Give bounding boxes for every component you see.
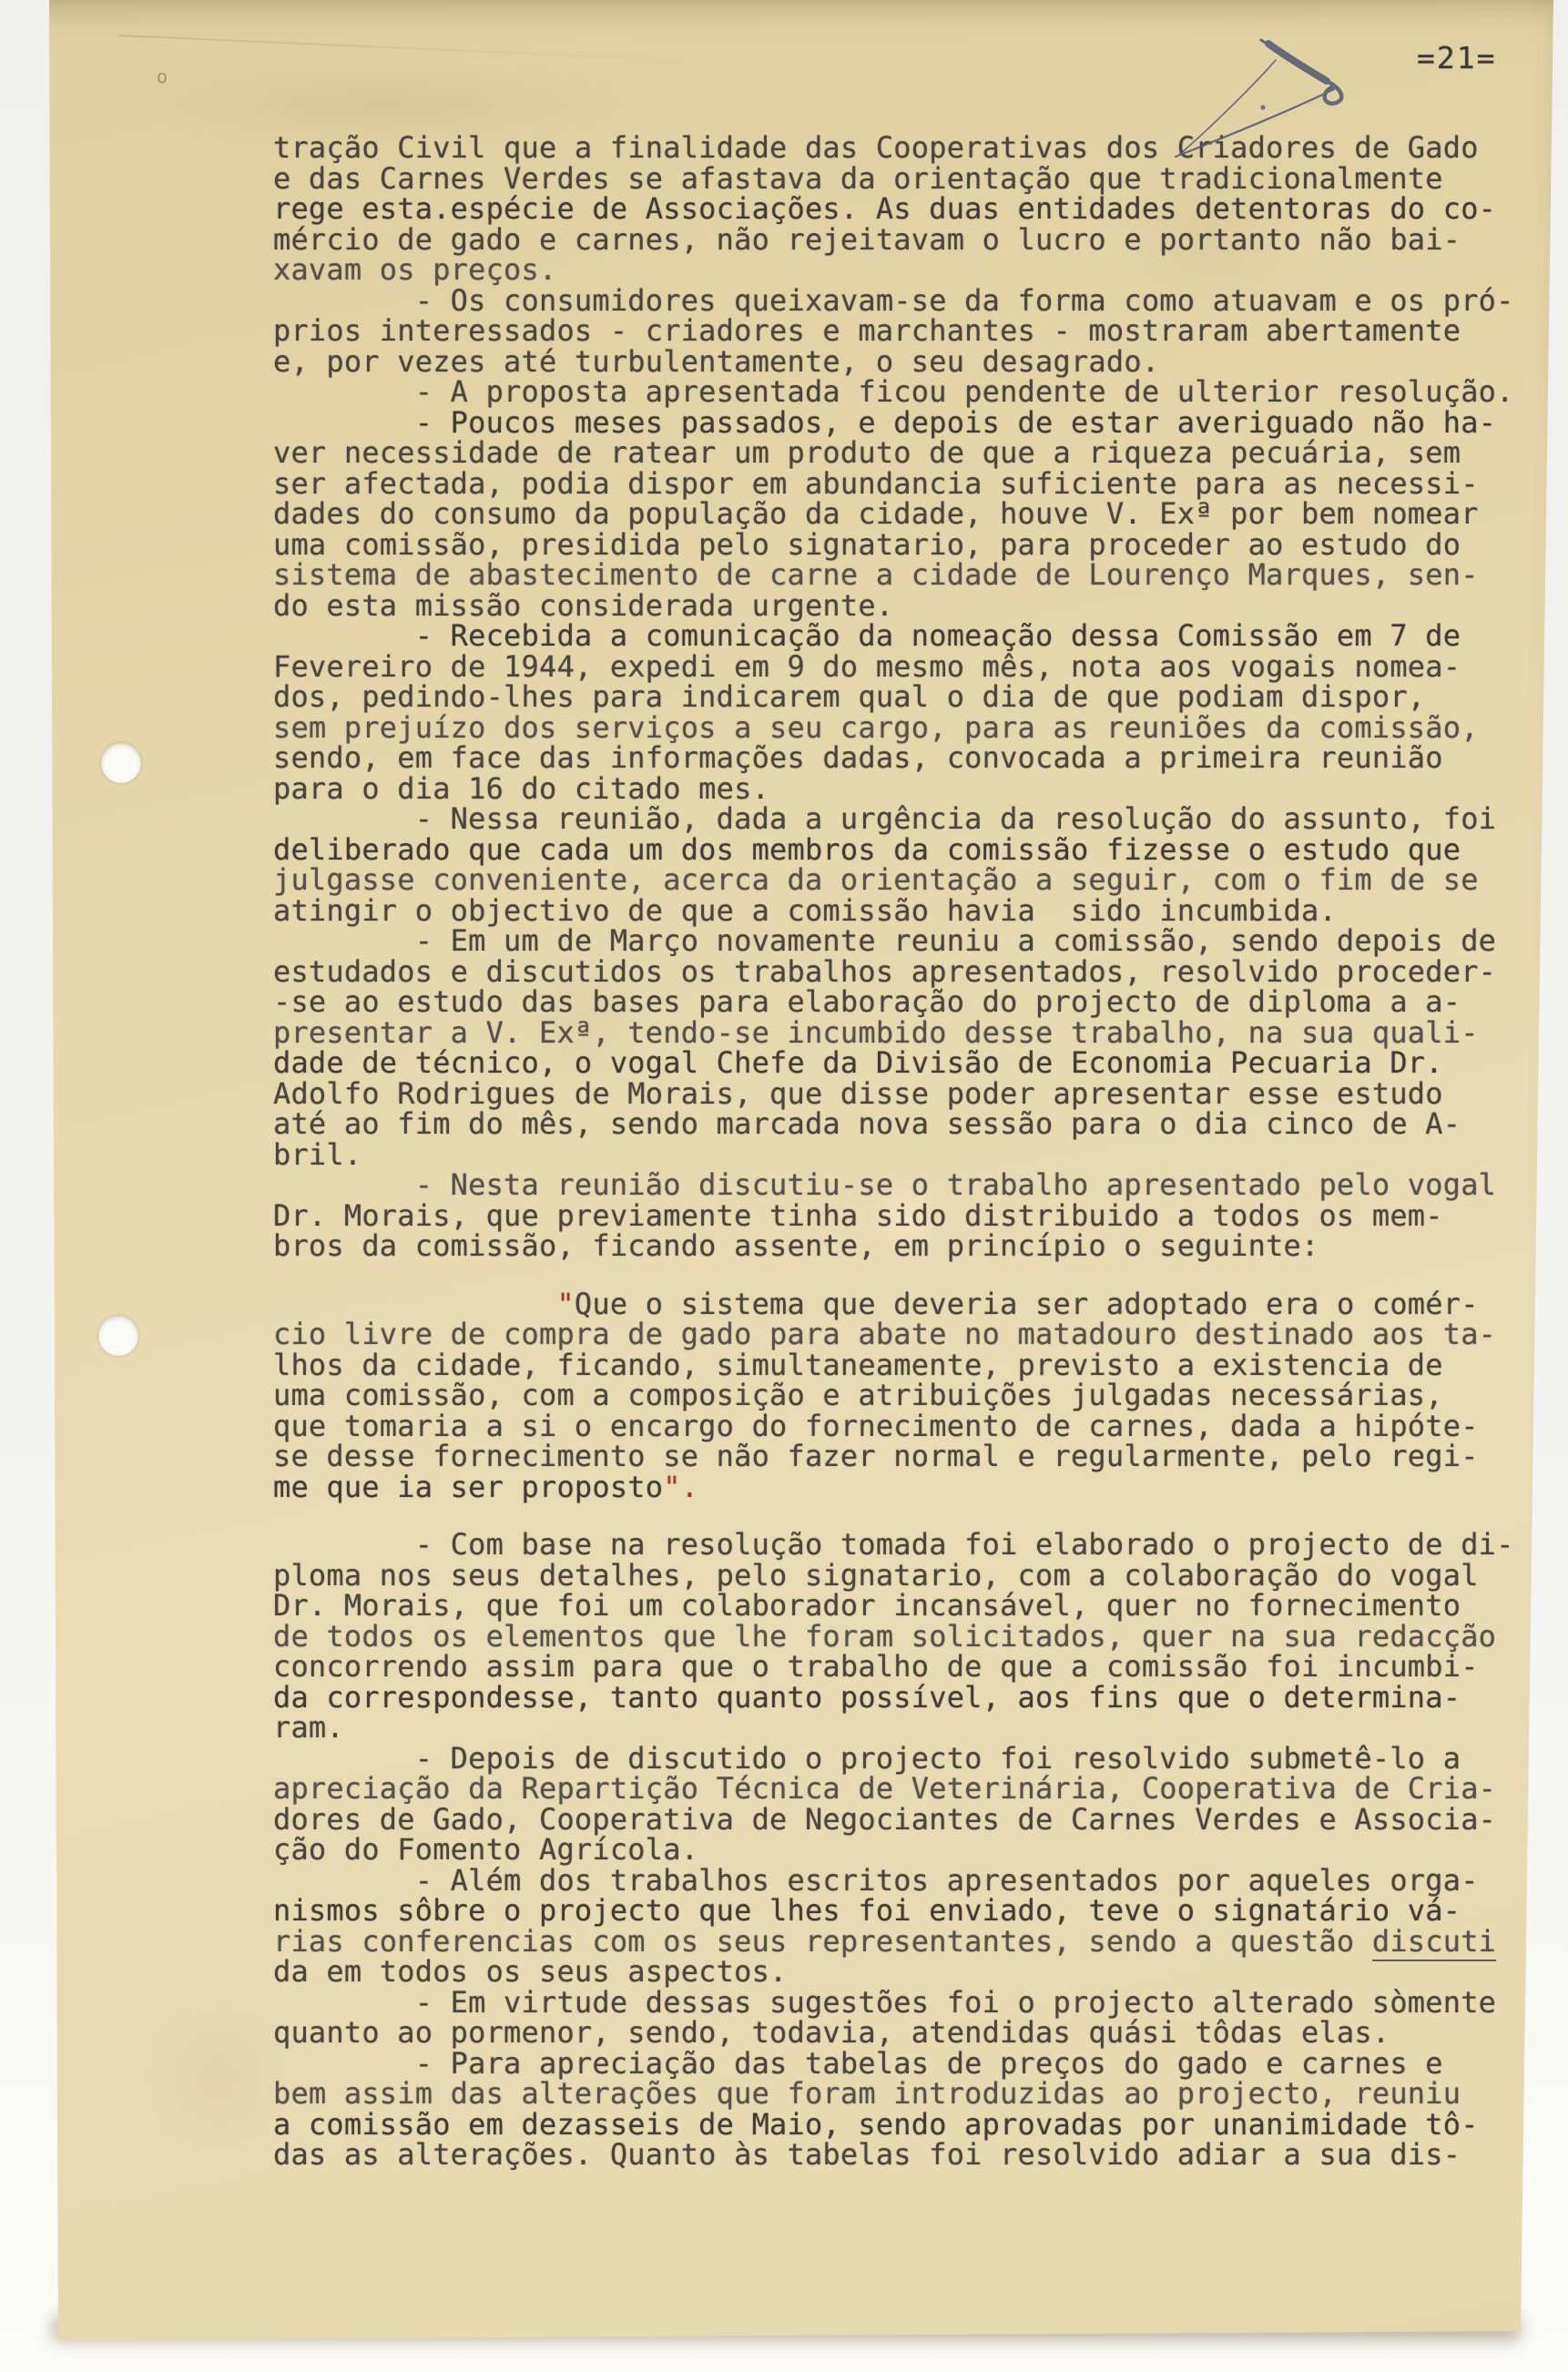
red-ink-mark: ".	[663, 1470, 698, 1504]
text-line: que tomaria a si o encargo do fornecimen…	[273, 1411, 1548, 1442]
text-line: - Nessa reunião, dada a urgência da reso…	[273, 804, 1548, 835]
text-line: do esta missão considerada urgente.	[273, 591, 1548, 622]
text-line: dos, pedindo-lhes para indicarem qual o …	[273, 682, 1548, 713]
blank-line	[273, 1262, 1548, 1289]
text-line: presentar a V. Exª, tendo-se incumbido d…	[273, 1018, 1548, 1049]
text-line: de todos os elementos que lhe foram soli…	[273, 1622, 1548, 1653]
blank-line	[273, 1502, 1548, 1530]
text-line: - Poucos meses passados, e depois de est…	[273, 408, 1548, 439]
text-line: rege esta.espécie de Associações. As dua…	[273, 194, 1548, 225]
text-line: -se ao estudo das bases para elaboração …	[273, 987, 1548, 1018]
text-line: xavam os preços.	[273, 255, 1548, 286]
text-line: lhos da cidade, ficando, simultaneamente…	[273, 1350, 1548, 1381]
text-line: - Depois de discutido o projecto foi res…	[273, 1744, 1548, 1775]
document-scan: =21= o tração Civil que a finalidade das…	[0, 0, 1568, 2372]
text-line: cio livre de compra de gado para abate n…	[273, 1319, 1548, 1350]
text-line: uma comissão, com a composição e atribui…	[273, 1380, 1548, 1411]
text-line: - A proposta apresentada ficou pendente …	[273, 377, 1548, 408]
text-line: estudados e discutidos os trabalhos apre…	[273, 957, 1548, 988]
text-line: apreciação da Repartição Técnica de Vete…	[273, 1774, 1548, 1805]
text-line: julgasse conveniente, acerca da orientaç…	[273, 865, 1548, 896]
text-line: - Em um de Março novamente reuniu a comi…	[273, 926, 1548, 957]
pen-checkmark-icon	[1125, 27, 1370, 173]
text-line: da correspondesse, tanto quanto possível…	[273, 1683, 1548, 1714]
text-line: dades do consumo da população da cidade,…	[273, 499, 1548, 530]
text-line: Adolfo Rodrigues de Morais, que disse po…	[273, 1079, 1548, 1110]
punch-hole-top	[101, 743, 141, 783]
text-line: bril.	[273, 1140, 1548, 1171]
text-line: - Em virtude dessas sugestões foi o proj…	[273, 1988, 1548, 2019]
text-line: ção do Fomento Agrícola.	[273, 1835, 1548, 1866]
text-line: Dr. Morais, que foi um colaborador incan…	[273, 1591, 1548, 1622]
text-line: sem prejuízo dos serviços a seu cargo, p…	[273, 713, 1548, 744]
text-line: uma comissão, presidida pelo signatario,…	[273, 530, 1548, 561]
text-line: - Além dos trabalhos escritos apresentad…	[273, 1866, 1548, 1897]
text-line: quanto ao pormenor, sendo, todavia, aten…	[273, 2018, 1548, 2049]
text-line: ram.	[273, 1713, 1548, 1744]
typewritten-text: tração Civil que a finalidade das Cooper…	[273, 133, 1548, 2171]
text-line: ser afectada, podia dispor em abundancia…	[273, 469, 1548, 500]
text-line: - Com base na resolução tomada foi elabo…	[273, 1530, 1548, 1561]
text-line: e, por vezes até turbulentamente, o seu …	[273, 347, 1548, 378]
text-line: das as alterações. Quanto às tabelas foi…	[273, 2140, 1548, 2171]
text-line: Dr. Morais, que previamente tinha sido d…	[273, 1201, 1548, 1232]
text-line: deliberado que cada um dos membros da co…	[273, 835, 1548, 866]
text-line: se desse fornecimento se não fazer norma…	[273, 1441, 1548, 1472]
text-line: - Recebida a comunicação da nomeação des…	[273, 621, 1548, 652]
paper-crease	[118, 35, 700, 62]
text-line: prios interessados - criadores e marchan…	[273, 316, 1548, 347]
text-line: rias conferencias com os seus representa…	[273, 1927, 1548, 1958]
text-line: sendo, em face das informações dadas, co…	[273, 743, 1548, 774]
stray-mark: o	[157, 66, 168, 87]
text-line: dores de Gado, Cooperativa de Negociante…	[273, 1805, 1548, 1836]
text-line: nismos sôbre o projecto que lhes foi env…	[273, 1896, 1548, 1927]
text-line: bros da comissão, ficando assente, em pr…	[273, 1231, 1548, 1262]
text-line: Fevereiro de 1944, expedi em 9 do mesmo …	[273, 652, 1548, 683]
text-line: me que ia ser proposto".	[273, 1472, 1548, 1503]
text-line: - Para apreciação das tabelas de preços …	[273, 2049, 1548, 2080]
text-line: para o dia 16 do citado mes.	[273, 774, 1548, 805]
text-line: "Que o sistema que deveria ser adoptado …	[273, 1289, 1548, 1320]
text-line: ver necessidade de ratear um produto de …	[273, 438, 1548, 469]
text-line: - Nesta reunião discutiu-se o trabalho a…	[273, 1170, 1548, 1201]
red-ink-mark: "	[556, 1287, 574, 1321]
text-line: atingir o objectivo de que a comissão ha…	[273, 896, 1548, 927]
text-line: a comissão em dezasseis de Maio, sendo a…	[273, 2110, 1548, 2141]
text-line: mércio de gado e carnes, não rejeitavam …	[273, 225, 1548, 256]
text-line: até ao fim do mês, sendo marcada nova se…	[273, 1109, 1548, 1140]
text-line: da em todos os seus aspectos.	[273, 1957, 1548, 1988]
text-line: dade de técnico, o vogal Chefe da Divisã…	[273, 1048, 1548, 1079]
text-line: - Os consumidores queixavam-se da forma …	[273, 286, 1548, 317]
document-page: =21= o tração Civil que a finalidade das…	[0, 0, 1568, 2372]
text-line: concorrendo assim para que o trabalho de…	[273, 1652, 1548, 1683]
underlined-text: discuti	[1372, 1924, 1496, 1961]
page-number: =21=	[1417, 40, 1496, 76]
punch-hole-bottom	[98, 1316, 138, 1356]
text-line: ploma nos seus detalhes, pelo signatario…	[273, 1561, 1548, 1592]
text-line: sistema de abastecimento de carne a cida…	[273, 560, 1548, 591]
text-line: bem assim das alterações que foram intro…	[273, 2079, 1548, 2110]
